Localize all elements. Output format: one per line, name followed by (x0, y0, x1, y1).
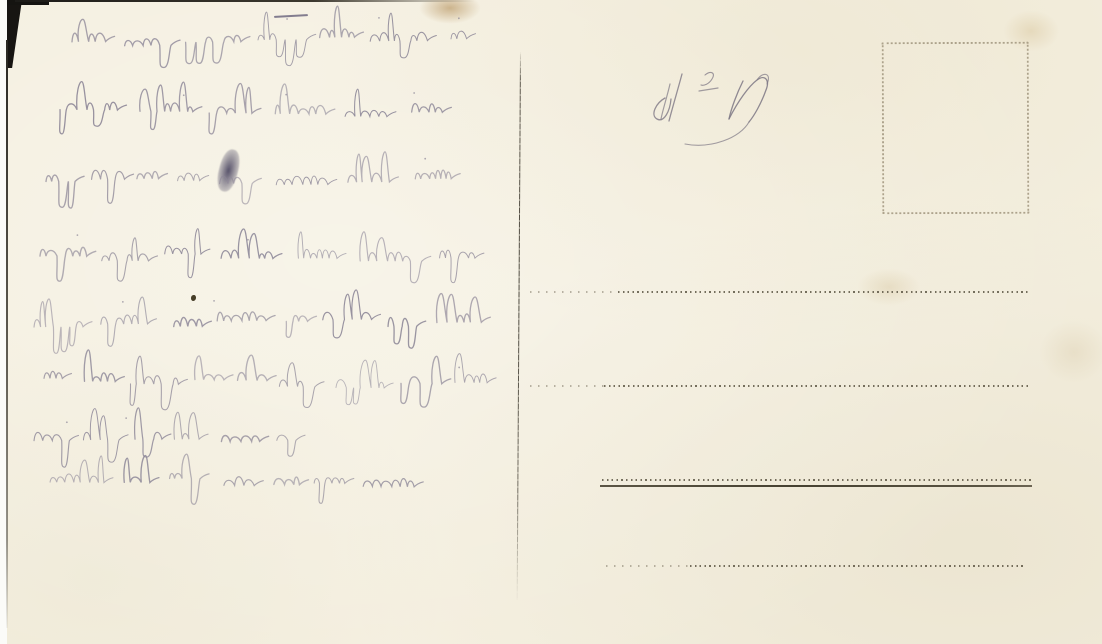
address-line-1-dense (618, 291, 1028, 293)
address-line-3-solid (600, 485, 1032, 487)
handwriting-line-4 (37, 221, 489, 293)
address-line-4-dense (690, 565, 1025, 567)
card-corner-wedge (7, 0, 22, 68)
handwriting-line-1 (69, 4, 470, 78)
card-top-edge (15, 0, 475, 2)
scanner-background (0, 0, 1102, 644)
handwriting-line-8 (47, 444, 436, 532)
paper-stain (857, 268, 921, 306)
stamp-box (882, 42, 1030, 215)
address-line-3-dotted (602, 479, 1031, 481)
card-left-edge (6, 40, 8, 628)
handwriting-line-3 (43, 145, 467, 217)
address-line-1-sparse (530, 291, 618, 293)
address-line-2-sparse (530, 385, 604, 387)
handwriting-line-2 (57, 77, 449, 150)
pencil-notation (645, 64, 795, 159)
paper-stain (1039, 320, 1102, 384)
postcard-card (7, 0, 1102, 644)
address-line-2-dense (604, 385, 1028, 387)
address-line-4-sparse (606, 565, 690, 567)
divider-line (517, 52, 522, 600)
